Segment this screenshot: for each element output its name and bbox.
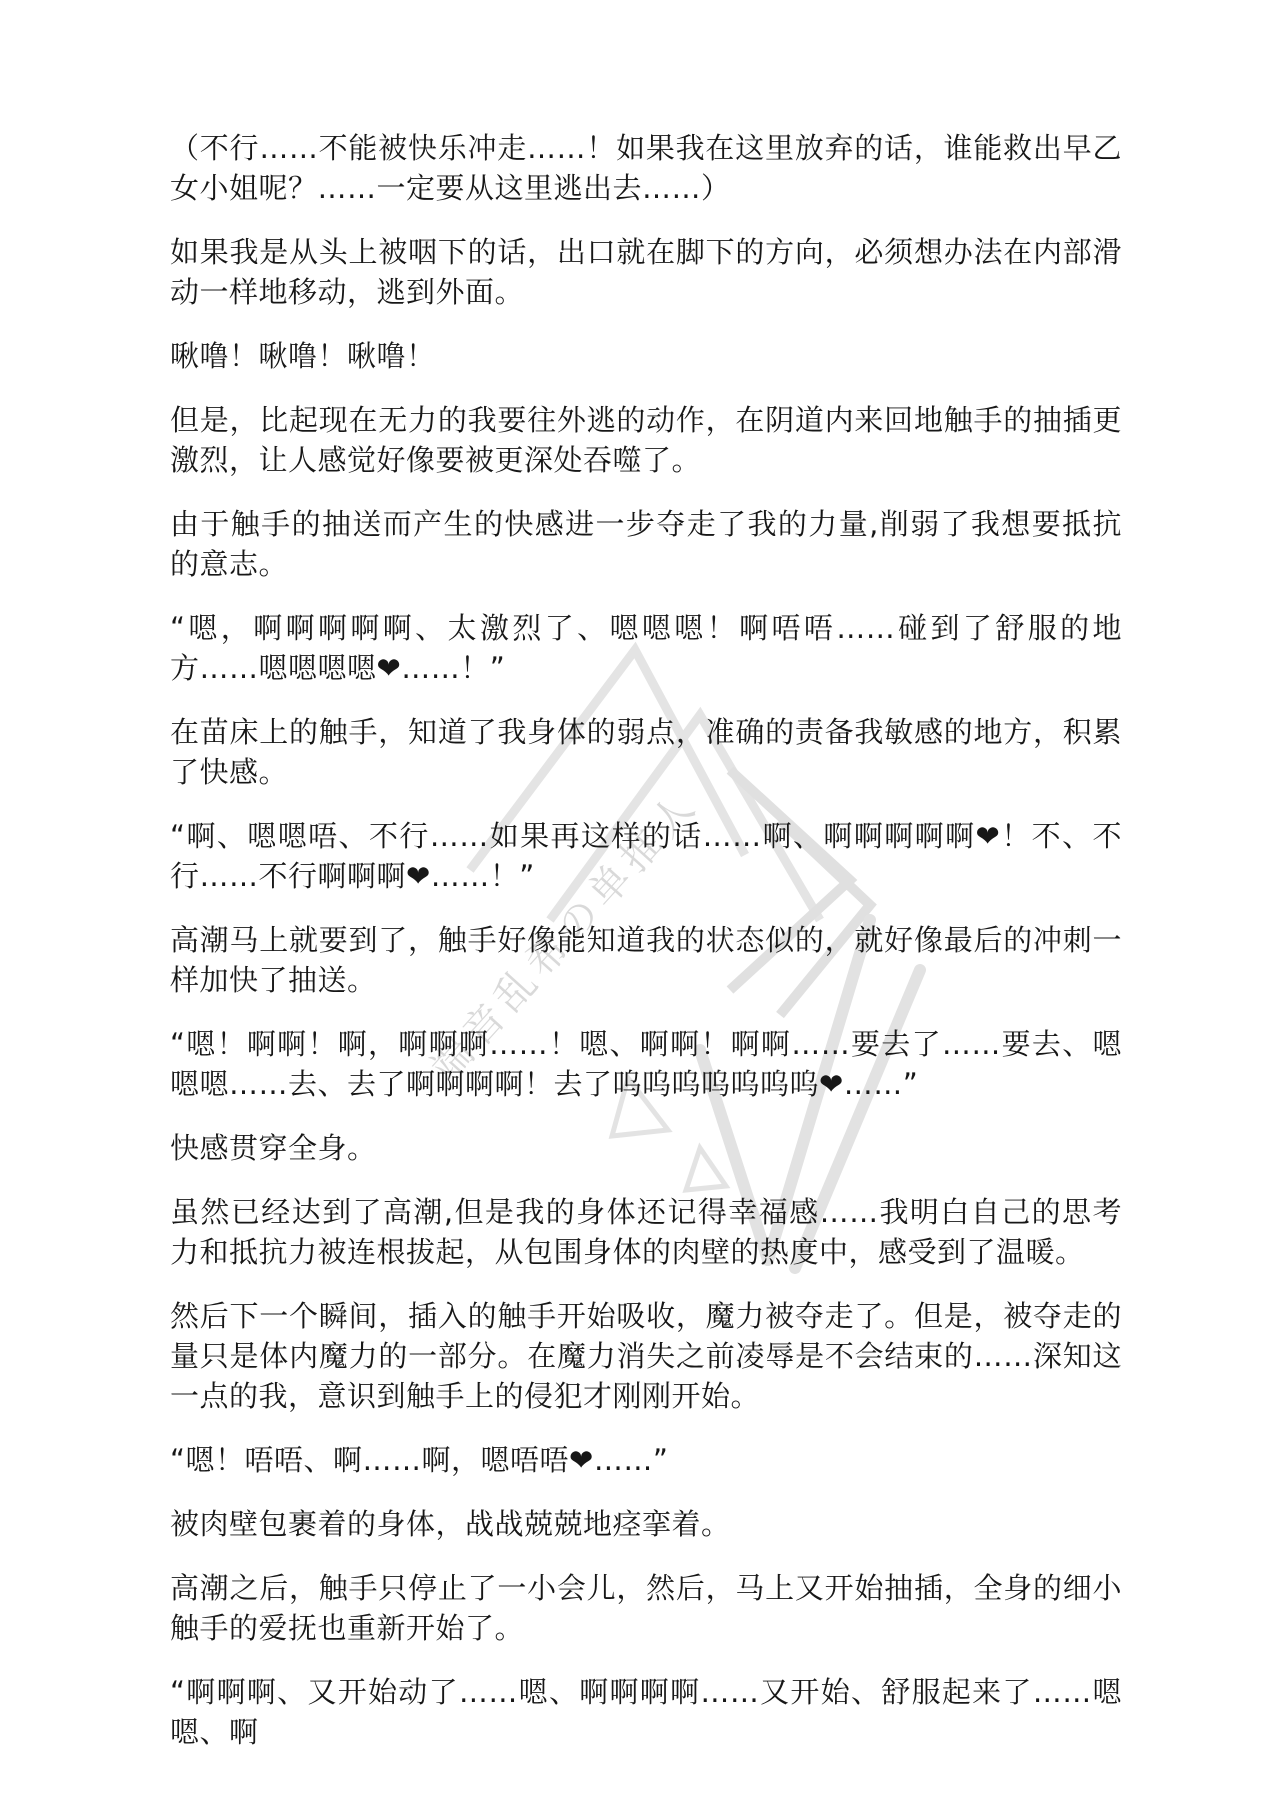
story-paragraph-17: “啊啊啊、又开始动了……嗯、啊啊啊啊……又开始、舒服起来了……嗯嗯、啊 [170, 1672, 1122, 1752]
document-page: 端音乱希の单推人 （不行……不能被快乐冲走……！如果我在这里放弃的话，谁能救出早… [0, 0, 1280, 1810]
story-content: （不行……不能被快乐冲走……！如果我在这里放弃的话，谁能救出早乙女小姐呢？……一… [170, 128, 1122, 1776]
story-paragraph-14: “嗯！唔唔、啊……啊，嗯唔唔❤……” [170, 1440, 1122, 1480]
story-paragraph-7: 在苗床上的触手，知道了我身体的弱点，准确的责备我敏感的地方，积累了快感。 [170, 712, 1122, 792]
story-paragraph-8: “啊、嗯嗯唔、不行……如果再这样的话……啊、啊啊啊啊啊❤！不、不行……不行啊啊啊… [170, 816, 1122, 896]
story-paragraph-5: 由于触手的抽送而产生的快感进一步夺走了我的力量,削弱了我想要抵抗的意志。 [170, 504, 1122, 584]
story-paragraph-16: 高潮之后，触手只停止了一小会儿，然后，马上又开始抽插，全身的细小触手的爱抚也重新… [170, 1568, 1122, 1648]
story-paragraph-12: 虽然已经达到了高潮,但是我的身体还记得幸福感……我明白自己的思考力和抵抗力被连根… [170, 1192, 1122, 1272]
story-paragraph-3: 啾噜！啾噜！啾噜！ [170, 336, 1122, 376]
story-paragraph-10: “嗯！啊啊！啊，啊啊啊……！嗯、啊啊！啊啊……要去了……要去、嗯嗯嗯……去、去了… [170, 1024, 1122, 1104]
story-paragraph-6: “嗯，啊啊啊啊啊、太激烈了、嗯嗯嗯！啊唔唔……碰到了舒服的地方……嗯嗯嗯嗯❤……… [170, 608, 1122, 688]
story-paragraph-15: 被肉壁包裹着的身体，战战兢兢地痉挛着。 [170, 1504, 1122, 1544]
story-paragraph-2: 如果我是从头上被咽下的话，出口就在脚下的方向，必须想办法在内部滑动一样地移动，逃… [170, 232, 1122, 312]
story-paragraph-11: 快感贯穿全身。 [170, 1128, 1122, 1168]
story-paragraph-4: 但是，比起现在无力的我要往外逃的动作，在阴道内来回地触手的抽插更激烈，让人感觉好… [170, 400, 1122, 480]
story-paragraph-13: 然后下一个瞬间，插入的触手开始吸收，魔力被夺走了。但是，被夺走的量只是体内魔力的… [170, 1296, 1122, 1416]
story-paragraph-1: （不行……不能被快乐冲走……！如果我在这里放弃的话，谁能救出早乙女小姐呢？……一… [170, 128, 1122, 208]
story-paragraph-9: 高潮马上就要到了，触手好像能知道我的状态似的，就好像最后的冲刺一样加快了抽送。 [170, 920, 1122, 1000]
